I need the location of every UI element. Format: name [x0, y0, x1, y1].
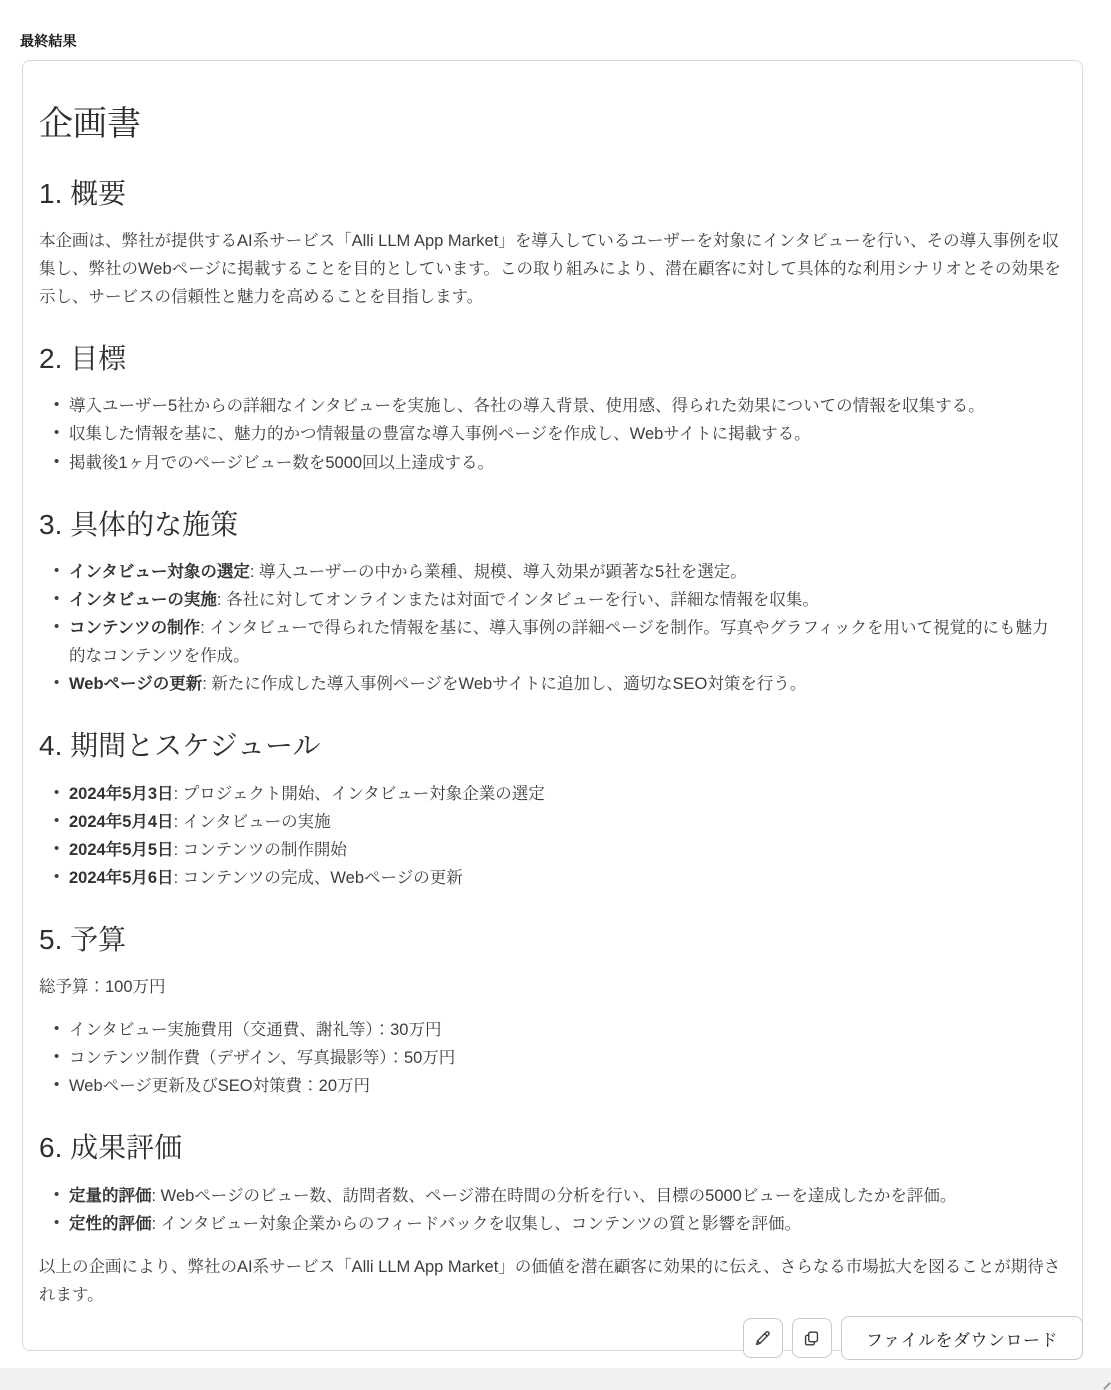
result-label: 最終結果 — [20, 31, 77, 51]
list-item-label: Webページの更新 — [69, 675, 202, 693]
list-item-label: コンテンツの制作 — [69, 619, 200, 637]
closing-paragraph: 以上の企画により、弊社のAI系サービス「Alli LLM App Market」… — [39, 1253, 1064, 1309]
list-item-text: インタビュー実施費用（交通費、謝礼等）：30万円 — [69, 1021, 441, 1039]
evaluation-list: 定量的評価: Webページのビュー数、訪問者数、ページ滞在時間の分析を行い、目標… — [39, 1182, 1064, 1238]
list-item: コンテンツの制作: インタビューで得られた情報を基に、導入事例の詳細ページを制作… — [69, 614, 1064, 670]
copy-icon — [802, 1329, 821, 1348]
overview-paragraph: 本企画は、弊社が提供するAI系サービス「Alli LLM App Market」… — [39, 227, 1064, 311]
bottom-strip — [0, 1368, 1111, 1390]
list-item-text: Webページ更新及びSEO対策費：20万円 — [69, 1077, 370, 1095]
list-item: 定量的評価: Webページのビュー数、訪問者数、ページ滞在時間の分析を行い、目標… — [69, 1182, 1064, 1210]
pencil-icon — [753, 1329, 772, 1348]
list-item: 2024年5月5日: コンテンツの制作開始 — [69, 836, 1064, 864]
list-item: 2024年5月4日: インタビューの実施 — [69, 808, 1064, 836]
proposal-document: 企画書 1. 概要 本企画は、弊社が提供するAI系サービス「Alli LLM A… — [39, 103, 1064, 1309]
list-item: インタビュー実施費用（交通費、謝礼等）：30万円 — [69, 1016, 1064, 1044]
section-heading-measures: 3. 具体的な施策 — [39, 507, 1064, 543]
measures-list: インタビュー対象の選定: 導入ユーザーの中から業種、規模、導入効果が顕著な5社を… — [39, 558, 1064, 698]
list-item-label: インタビュー対象の選定 — [69, 563, 250, 581]
list-item: インタビューの実施: 各社に対してオンラインまたは対面でインタビューを行い、詳細… — [69, 586, 1064, 614]
list-item: 収集した情報を基に、魅力的かつ情報量の豊富な導入事例ページを作成し、Webサイト… — [69, 420, 1064, 448]
list-item-label: 定量的評価 — [69, 1187, 152, 1205]
list-item: 導入ユーザー5社からの詳細なインタビューを実施し、各社の導入背景、使用感、得られ… — [69, 392, 1064, 420]
download-file-button[interactable]: ファイルをダウンロード — [841, 1316, 1083, 1360]
list-item-text: コンテンツ制作費（デザイン、写真撮影等）：50万円 — [69, 1049, 455, 1067]
result-page: 最終結果 企画書 1. 概要 本企画は、弊社が提供するAI系サービス「Alli … — [0, 0, 1111, 1390]
list-item: Webページの更新: 新たに作成した導入事例ページをWebサイトに追加し、適切な… — [69, 670, 1064, 698]
list-item-label: 2024年5月3日 — [69, 785, 174, 803]
budget-total: 総予算：100万円 — [39, 973, 1064, 1001]
list-item: 定性的評価: インタビュー対象企業からのフィードバックを収集し、コンテンツの質と… — [69, 1210, 1064, 1238]
list-item-text: : コンテンツの完成、Webページの更新 — [174, 869, 463, 887]
list-item-text: : インタビューで得られた情報を基に、導入事例の詳細ページを制作。写真やグラフィ… — [69, 619, 1049, 665]
list-item-text: : 導入ユーザーの中から業種、規模、導入効果が顕著な5社を選定。 — [250, 563, 747, 581]
section-heading-goals: 2. 目標 — [39, 341, 1064, 377]
list-item-label: 2024年5月6日 — [69, 869, 174, 887]
list-item-text: : コンテンツの制作開始 — [174, 841, 347, 859]
list-item-text: : インタビューの実施 — [174, 813, 331, 831]
list-item: 2024年5月3日: プロジェクト開始、インタビュー対象企業の選定 — [69, 780, 1064, 808]
list-item-text: : 新たに作成した導入事例ページをWebサイトに追加し、適切なSEO対策を行う。 — [202, 675, 806, 693]
edit-button[interactable] — [743, 1318, 783, 1358]
list-item-text: : 各社に対してオンラインまたは対面でインタビューを行い、詳細な情報を収集。 — [217, 591, 819, 609]
list-item-label: 2024年5月5日 — [69, 841, 174, 859]
list-item-text: 収集した情報を基に、魅力的かつ情報量の豊富な導入事例ページを作成し、Webサイト… — [69, 425, 811, 443]
section-heading-budget: 5. 予算 — [39, 922, 1064, 958]
list-item-label: 2024年5月4日 — [69, 813, 174, 831]
section-heading-overview: 1. 概要 — [39, 176, 1064, 212]
list-item-text: : インタビュー対象企業からのフィードバックを収集し、コンテンツの質と影響を評価… — [152, 1215, 802, 1233]
section-heading-evaluation: 6. 成果評価 — [39, 1130, 1064, 1166]
schedule-list: 2024年5月3日: プロジェクト開始、インタビュー対象企業の選定 2024年5… — [39, 780, 1064, 892]
list-item-label: 定性的評価 — [69, 1215, 152, 1233]
list-item: コンテンツ制作費（デザイン、写真撮影等）：50万円 — [69, 1044, 1064, 1072]
list-item: インタビュー対象の選定: 導入ユーザーの中から業種、規模、導入効果が顕著な5社を… — [69, 558, 1064, 586]
goals-list: 導入ユーザー5社からの詳細なインタビューを実施し、各社の導入背景、使用感、得られ… — [39, 392, 1064, 476]
section-heading-schedule: 4. 期間とスケジュール — [39, 728, 1064, 764]
list-item-text: : Webページのビュー数、訪問者数、ページ滞在時間の分析を行い、目標の5000… — [152, 1187, 957, 1205]
list-item: 掲載後1ヶ月でのページビュー数を5000回以上達成する。 — [69, 449, 1064, 477]
list-item: Webページ更新及びSEO対策費：20万円 — [69, 1072, 1064, 1100]
copy-button[interactable] — [792, 1318, 832, 1358]
list-item-label: インタビューの実施 — [69, 591, 217, 609]
list-item: 2024年5月6日: コンテンツの完成、Webページの更新 — [69, 864, 1064, 892]
budget-list: インタビュー実施費用（交通費、謝礼等）：30万円 コンテンツ制作費（デザイン、写… — [39, 1016, 1064, 1100]
action-bar: ファイルをダウンロード — [22, 1316, 1083, 1360]
list-item-text: 掲載後1ヶ月でのページビュー数を5000回以上達成する。 — [69, 454, 494, 472]
list-item-text: 導入ユーザー5社からの詳細なインタビューを実施し、各社の導入背景、使用感、得られ… — [69, 397, 985, 415]
resize-handle-icon[interactable] — [1098, 1377, 1111, 1390]
list-item-text: : プロジェクト開始、インタビュー対象企業の選定 — [174, 785, 545, 803]
result-card: 企画書 1. 概要 本企画は、弊社が提供するAI系サービス「Alli LLM A… — [22, 60, 1083, 1351]
document-title: 企画書 — [39, 103, 1064, 146]
